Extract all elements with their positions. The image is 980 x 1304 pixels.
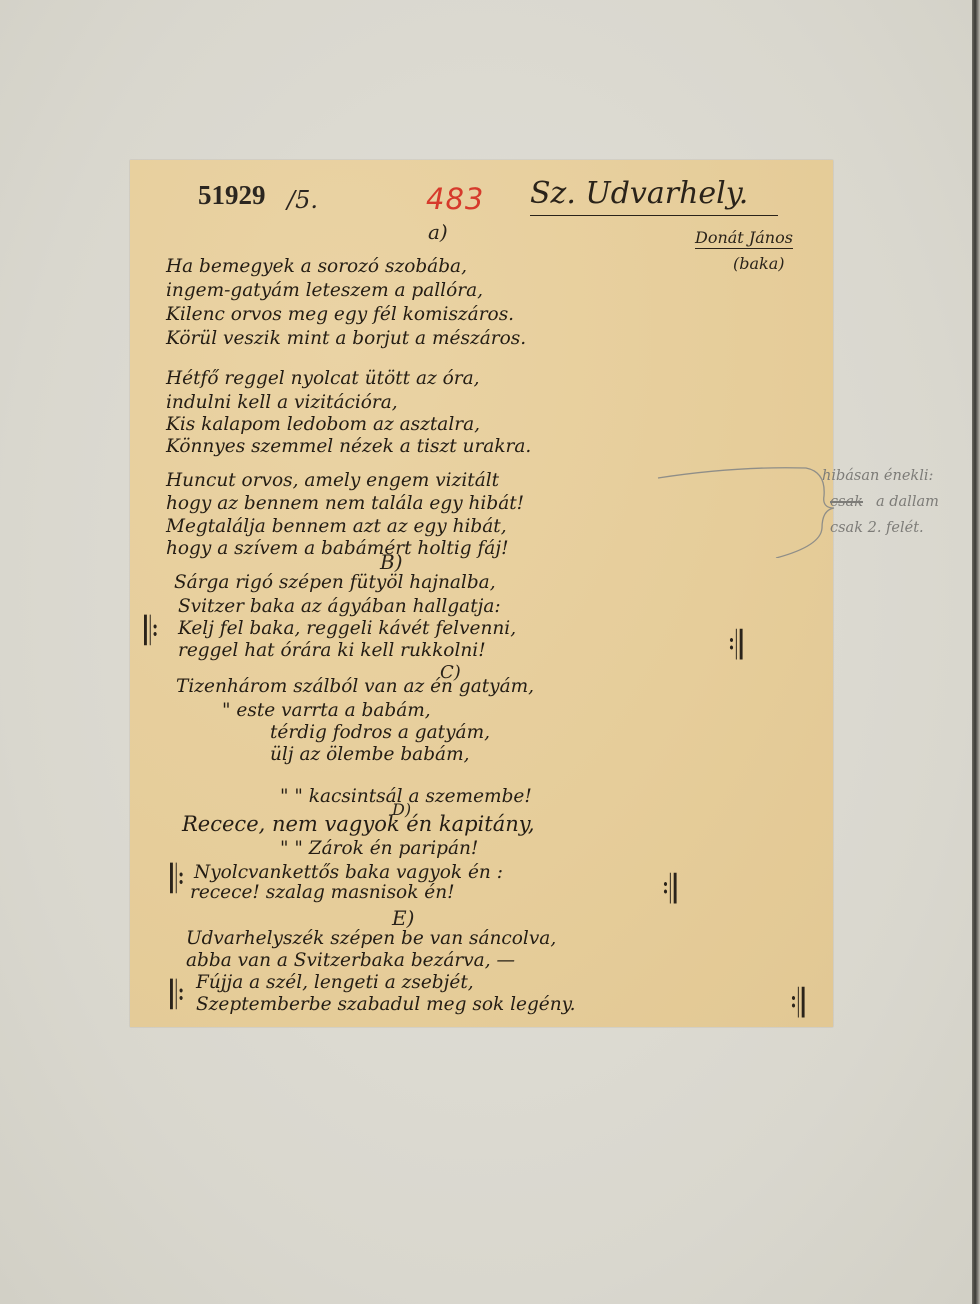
- verse-line: hogy az bennem nem talála egy hibát!: [166, 493, 524, 514]
- verse-line: Szeptemberbe szabadul meg sok legény.: [196, 994, 576, 1015]
- verse-line: Kis kalapom ledobom az asztalra,: [166, 414, 480, 435]
- informant-name: Donát János: [695, 228, 793, 249]
- verse-line: Fújja a szél, lengeti a zsebjét,: [196, 972, 474, 993]
- place-heading: Sz. Udvarhely.: [530, 176, 778, 216]
- red-inventory-number: 483: [426, 182, 484, 216]
- verse-line: Kelj fel baka, reggeli kávét felvenni,: [178, 618, 516, 639]
- verse-line: reggel hat órára ki kell rukkolni!: [178, 640, 486, 661]
- verse-line: ingem-gatyám leteszem a pallóra,: [166, 280, 483, 301]
- repeat-start-sign: 𝄆: [170, 978, 185, 1017]
- verse-line: ülj az ölembe babám,: [270, 744, 470, 765]
- verse-line: " este varrta a babám,: [222, 700, 431, 721]
- informant-role: (baka): [733, 254, 785, 273]
- verse-line: " " Zárok én paripán!: [280, 838, 478, 859]
- repeat-end-sign: 𝄇: [728, 628, 743, 667]
- verse-line: térdig fodros a gatyám,: [270, 722, 490, 743]
- verse-line: abba van a Svitzerbaka bezárva, —: [186, 950, 515, 971]
- verse-line: Tizenhárom szálból van az én gatyám,: [176, 676, 534, 697]
- stanza-label: E): [392, 906, 414, 930]
- pencil-note-line-2: a dallam: [876, 494, 939, 510]
- repeat-start-sign: 𝄆: [170, 862, 185, 901]
- verse-line: hogy a szívem a babámért holtig fáj!: [166, 538, 509, 559]
- verse-line: Sárga rigó szépen fütyöl hajnalba,: [174, 572, 496, 593]
- verse-line: Körül veszik mint a borjut a mészáros.: [166, 328, 526, 349]
- verse-line: Huncut orvos, amely engem vizitált: [166, 470, 499, 491]
- verse-line: Hétfő reggel nyolcat ütött az óra,: [166, 368, 480, 389]
- verse-line: Recece, nem vagyok én kapitány,: [182, 812, 535, 836]
- verse-line: Könnyes szemmel nézek a tiszt urakra.: [166, 436, 531, 457]
- catalog-stamp: 51929: [198, 180, 266, 211]
- verse-line: Kilenc orvos meg egy fél komiszáros.: [166, 304, 514, 325]
- verse-line: Megtalálja bennem azt az egy hibát,: [166, 516, 507, 537]
- stanza-label: B): [380, 550, 403, 574]
- verse-line: Ha bemegyek a sorozó szobába,: [166, 256, 467, 277]
- pencil-note-line-1: hibásan énekli:: [822, 468, 933, 484]
- verse-line: indulni kell a vizitációra,: [166, 392, 398, 413]
- verse-line: Udvarhelyszék szépen be van sáncolva,: [186, 928, 556, 949]
- pencil-bracket-icon: [656, 458, 836, 558]
- manuscript-sheet: 51929 /5. 483 a) Sz. Udvarhely. Donát Já…: [130, 160, 833, 1027]
- verse-line: Svitzer baka az ágyában hallgatja:: [178, 596, 501, 617]
- catalog-suffix: /5.: [287, 186, 318, 214]
- pencil-note-struck-word: csak: [830, 494, 863, 510]
- verse-line: recece! szalag masnisok én!: [190, 882, 455, 903]
- board-edge: [972, 0, 980, 1304]
- repeat-end-sign: 𝄇: [662, 872, 677, 911]
- repeat-start-sign: 𝄆: [144, 614, 159, 653]
- repeat-end-sign: 𝄇: [790, 986, 805, 1025]
- verse-line: Nyolcvankettős baka vagyok én :: [194, 862, 503, 883]
- pencil-note-line-3: csak 2. felét.: [830, 520, 924, 536]
- item-mark: a): [428, 220, 448, 244]
